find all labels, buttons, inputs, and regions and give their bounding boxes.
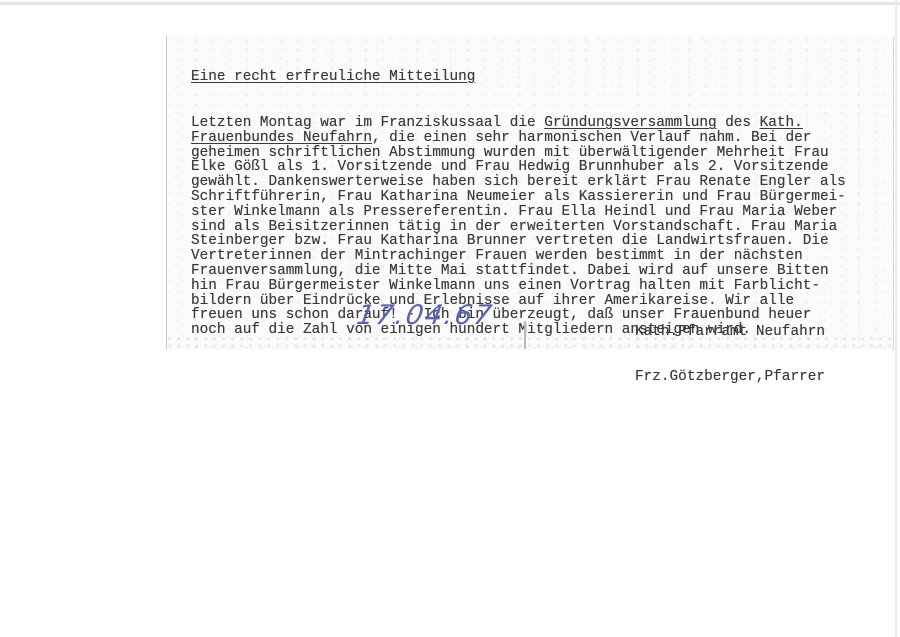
- article-line: Schriftführerin, Frau Katharina Neumeier…: [191, 190, 846, 205]
- article-line: Steinberger bzw. Frau Katharina Brunner …: [191, 234, 846, 249]
- text-run: Vertreterinnen der Mintrachinger Frauen …: [191, 248, 803, 264]
- newspaper-clipping: Eine recht erfreuliche Mitteilung Letzte…: [166, 36, 894, 350]
- signature-name: Frz.Götzberger,Pfarrer: [635, 370, 825, 385]
- underlined-text: Gründungsversammlung: [544, 115, 716, 131]
- article-line: Letzten Montag war im Franziskussaal die…: [191, 116, 846, 131]
- text-run: des: [717, 115, 760, 131]
- underlined-text: Kath.: [760, 115, 803, 131]
- scan-right-edge: [895, 0, 897, 637]
- scan-top-edge: [0, 2, 900, 5]
- text-run: gewählt. Dankenswerterweise haben sich b…: [191, 174, 846, 190]
- signature-block: Kath.Pfarramt Neufahrn Frz.Götzberger,Pf…: [635, 295, 825, 415]
- signature-office: Kath.Pfarramt Neufahrn: [635, 325, 825, 340]
- handwritten-date: 17.04.67: [354, 300, 496, 331]
- text-run: hin Frau Bürgermeister Winkelmann uns ei…: [191, 278, 820, 294]
- text-run: Letzten Montag war im Franziskussaal die: [191, 115, 544, 131]
- article-line: ster Winkelmann als Pressereferentin. Fr…: [191, 205, 846, 220]
- text-run: Elke Gößl als 1. Vorsitzende und Frau He…: [191, 159, 829, 175]
- article-line: Elke Gößl als 1. Vorsitzende und Frau He…: [191, 160, 846, 175]
- text-run: ster Winkelmann als Pressereferentin. Fr…: [191, 204, 837, 220]
- text-run: Steinberger bzw. Frau Katharina Brunner …: [191, 233, 829, 249]
- article-line: Frauenversammlung, die Mitte Mai stattfi…: [191, 264, 846, 279]
- text-run: , die einen sehr harmonischen Verlauf na…: [372, 130, 811, 146]
- text-run: Frauenversammlung, die Mitte Mai stattfi…: [191, 263, 829, 279]
- article-line: hin Frau Bürgermeister Winkelmann uns ei…: [191, 279, 846, 294]
- article-title: Eine recht erfreuliche Mitteilung: [191, 70, 846, 85]
- article-line: Frauenbundes Neufahrn, die einen sehr ha…: [191, 131, 846, 146]
- text-run: Schriftführerin, Frau Katharina Neumeier…: [191, 189, 846, 205]
- article-line: gewählt. Dankenswerterweise haben sich b…: [191, 175, 846, 190]
- article-line: Vertreterinnen der Mintrachinger Frauen …: [191, 249, 846, 264]
- underlined-text: Frauenbundes Neufahrn: [191, 130, 372, 146]
- scan-artifact: [524, 321, 526, 349]
